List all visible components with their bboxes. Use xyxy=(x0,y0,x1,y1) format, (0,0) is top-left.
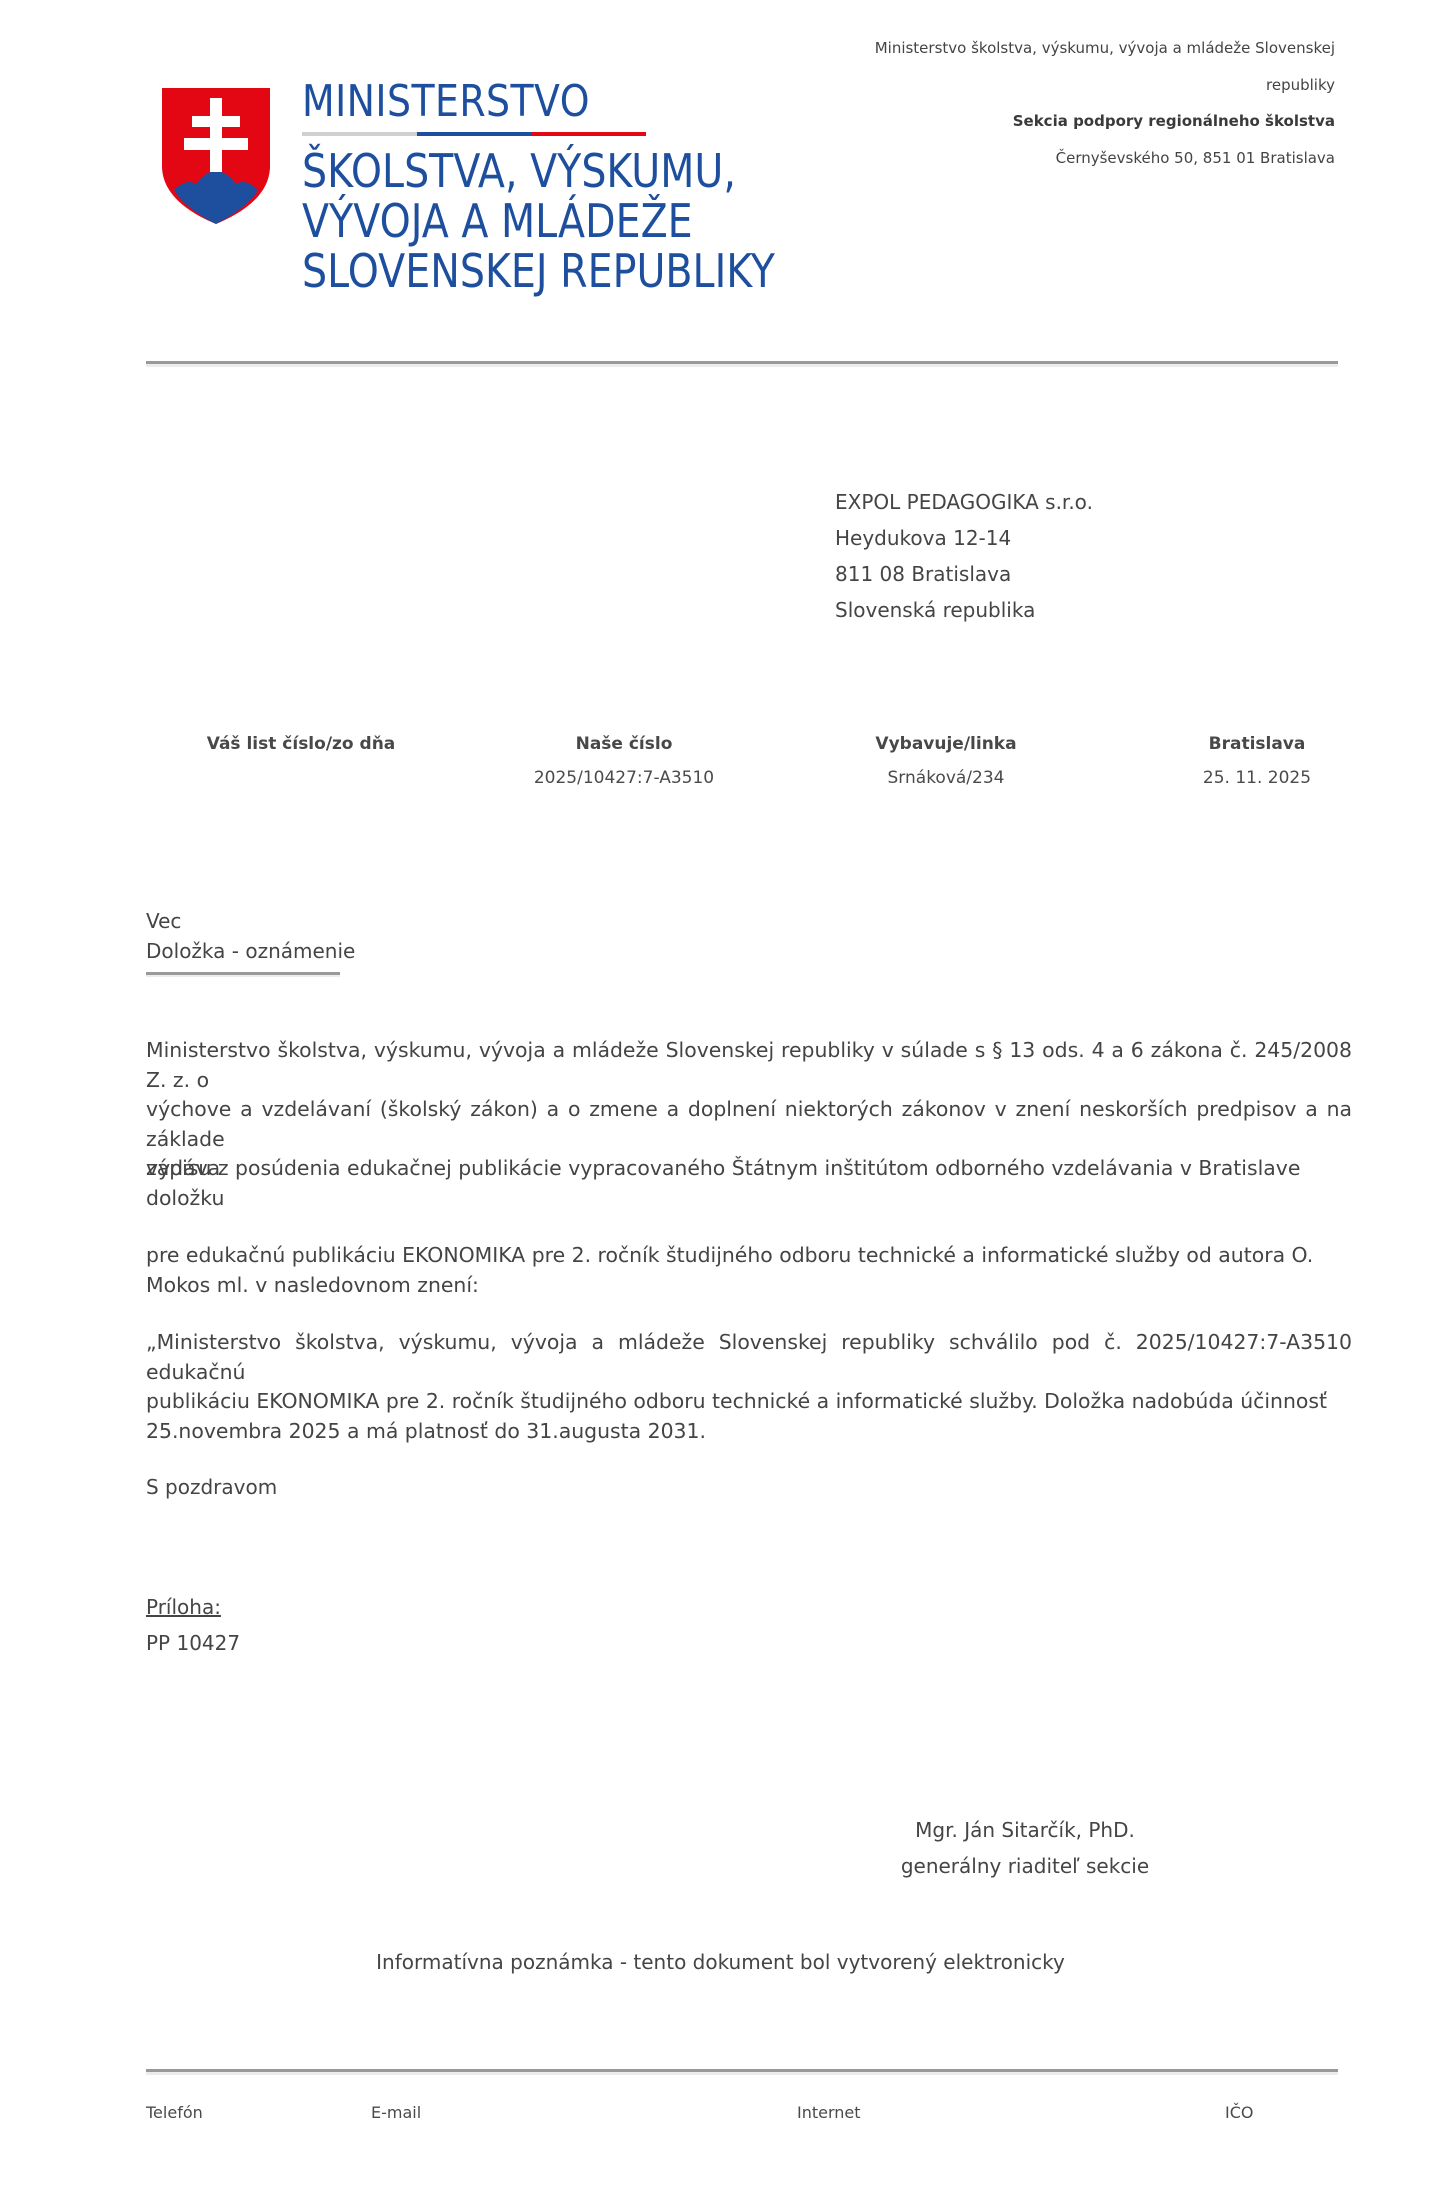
reference-place-date: Bratislava 25. 11. 2025 xyxy=(1127,731,1387,791)
signatory-name: Mgr. Ján Sitarčík, PhD. xyxy=(870,1812,1180,1848)
logo-title: MINISTERSTVO xyxy=(302,78,775,126)
reference-value xyxy=(171,765,431,791)
body-purpose: pre edukačnú publikáciu EKONOMIKA pre 2.… xyxy=(146,1241,1352,1300)
attachment-label: Príloha: xyxy=(146,1595,221,1619)
footer-divider xyxy=(146,2069,1338,2075)
logo-line-3: VÝVOJA A MLÁDEŽE xyxy=(302,196,775,246)
reference-label: Vybavuje/linka xyxy=(816,731,1076,757)
footer-ico-label: IČO xyxy=(1225,2103,1253,2122)
slovak-coat-of-arms-icon xyxy=(160,86,272,226)
ministry-logo: MINISTERSTVO ŠKOLSTVA, VÝSKUMU, VÝVOJA A… xyxy=(302,78,852,296)
signature-block: Mgr. Ján Sitarčík, PhD. generálny riadit… xyxy=(870,1812,1180,1884)
recipient-city: 811 08 Bratislava xyxy=(835,556,1093,592)
body-issues: vydáva doložku xyxy=(146,1154,1352,1213)
closing: S pozdravom xyxy=(146,1475,277,1499)
body-line: publikáciu EKONOMIKA pre 2. ročník študi… xyxy=(146,1387,1352,1417)
logo-line-4: SLOVENSKEJ REPUBLIKY xyxy=(302,246,775,296)
sender-section: Sekcia podpory regionálneho školstva xyxy=(815,103,1335,140)
sender-block: Ministerstvo školstva, výskumu, vývoja a… xyxy=(815,30,1335,176)
sender-line-1: Ministerstvo školstva, výskumu, vývoja a… xyxy=(815,30,1335,67)
info-note: Informatívna poznámka - tento dokument b… xyxy=(0,1950,1441,1974)
signatory-title: generálny riaditeľ sekcie xyxy=(870,1848,1180,1884)
body-line: vydáva xyxy=(146,1154,1352,1184)
body-line: pre edukačnú publikáciu EKONOMIKA pre 2.… xyxy=(146,1241,1352,1271)
reference-label: Bratislava xyxy=(1127,731,1387,757)
reference-your-letter: Váš list číslo/zo dňa xyxy=(171,731,431,791)
footer-internet-label: Internet xyxy=(797,2103,861,2122)
recipient-country: Slovenská republika xyxy=(835,592,1093,628)
header-divider xyxy=(146,361,1338,367)
body-line: 25.novembra 2025 a má platnosť do 31.aug… xyxy=(146,1417,1352,1447)
subject-block: Vec Doložka - oznámenie xyxy=(146,906,355,966)
reference-value: 25. 11. 2025 xyxy=(1127,765,1387,791)
reference-handled-by: Vybavuje/linka Srnáková/234 xyxy=(816,731,1076,791)
subject-underline xyxy=(146,972,340,977)
logo-tricolor-bar xyxy=(302,132,646,136)
body-line: Ministerstvo školstva, výskumu, vývoja a… xyxy=(146,1036,1352,1095)
footer-email-label: E-mail xyxy=(371,2103,421,2122)
reference-label: Váš list číslo/zo dňa xyxy=(171,731,431,757)
subject-title: Doložka - oznámenie xyxy=(146,936,355,966)
recipient-address: EXPOL PEDAGOGIKA s.r.o. Heydukova 12-14 … xyxy=(835,484,1093,628)
sender-address: Černyševského 50, 851 01 Bratislava xyxy=(815,140,1335,177)
reference-our-number: Naše číslo 2025/10427:7-A3510 xyxy=(494,731,754,791)
body-line: doložku xyxy=(146,1184,1352,1214)
reference-value: 2025/10427:7-A3510 xyxy=(494,765,754,791)
reference-label: Naše číslo xyxy=(494,731,754,757)
logo-line-2: ŠKOLSTVA, VÝSKUMU, xyxy=(302,146,775,196)
body-line: Mokos ml. v nasledovnom znení: xyxy=(146,1271,1352,1301)
footer-phone-label: Telefón xyxy=(146,2103,203,2122)
recipient-street: Heydukova 12-14 xyxy=(835,520,1093,556)
reference-value: Srnáková/234 xyxy=(816,765,1076,791)
sender-line-2: republiky xyxy=(815,67,1335,104)
body-line: výchove a vzdelávaní (školský zákon) a o… xyxy=(146,1095,1352,1154)
body-quote: „Ministerstvo školstva, výskumu, vývoja … xyxy=(146,1328,1352,1446)
body-line: „Ministerstvo školstva, výskumu, vývoja … xyxy=(146,1328,1352,1387)
subject-label: Vec xyxy=(146,906,355,936)
attachment-value: PP 10427 xyxy=(146,1631,240,1655)
recipient-name: EXPOL PEDAGOGIKA s.r.o. xyxy=(835,484,1093,520)
